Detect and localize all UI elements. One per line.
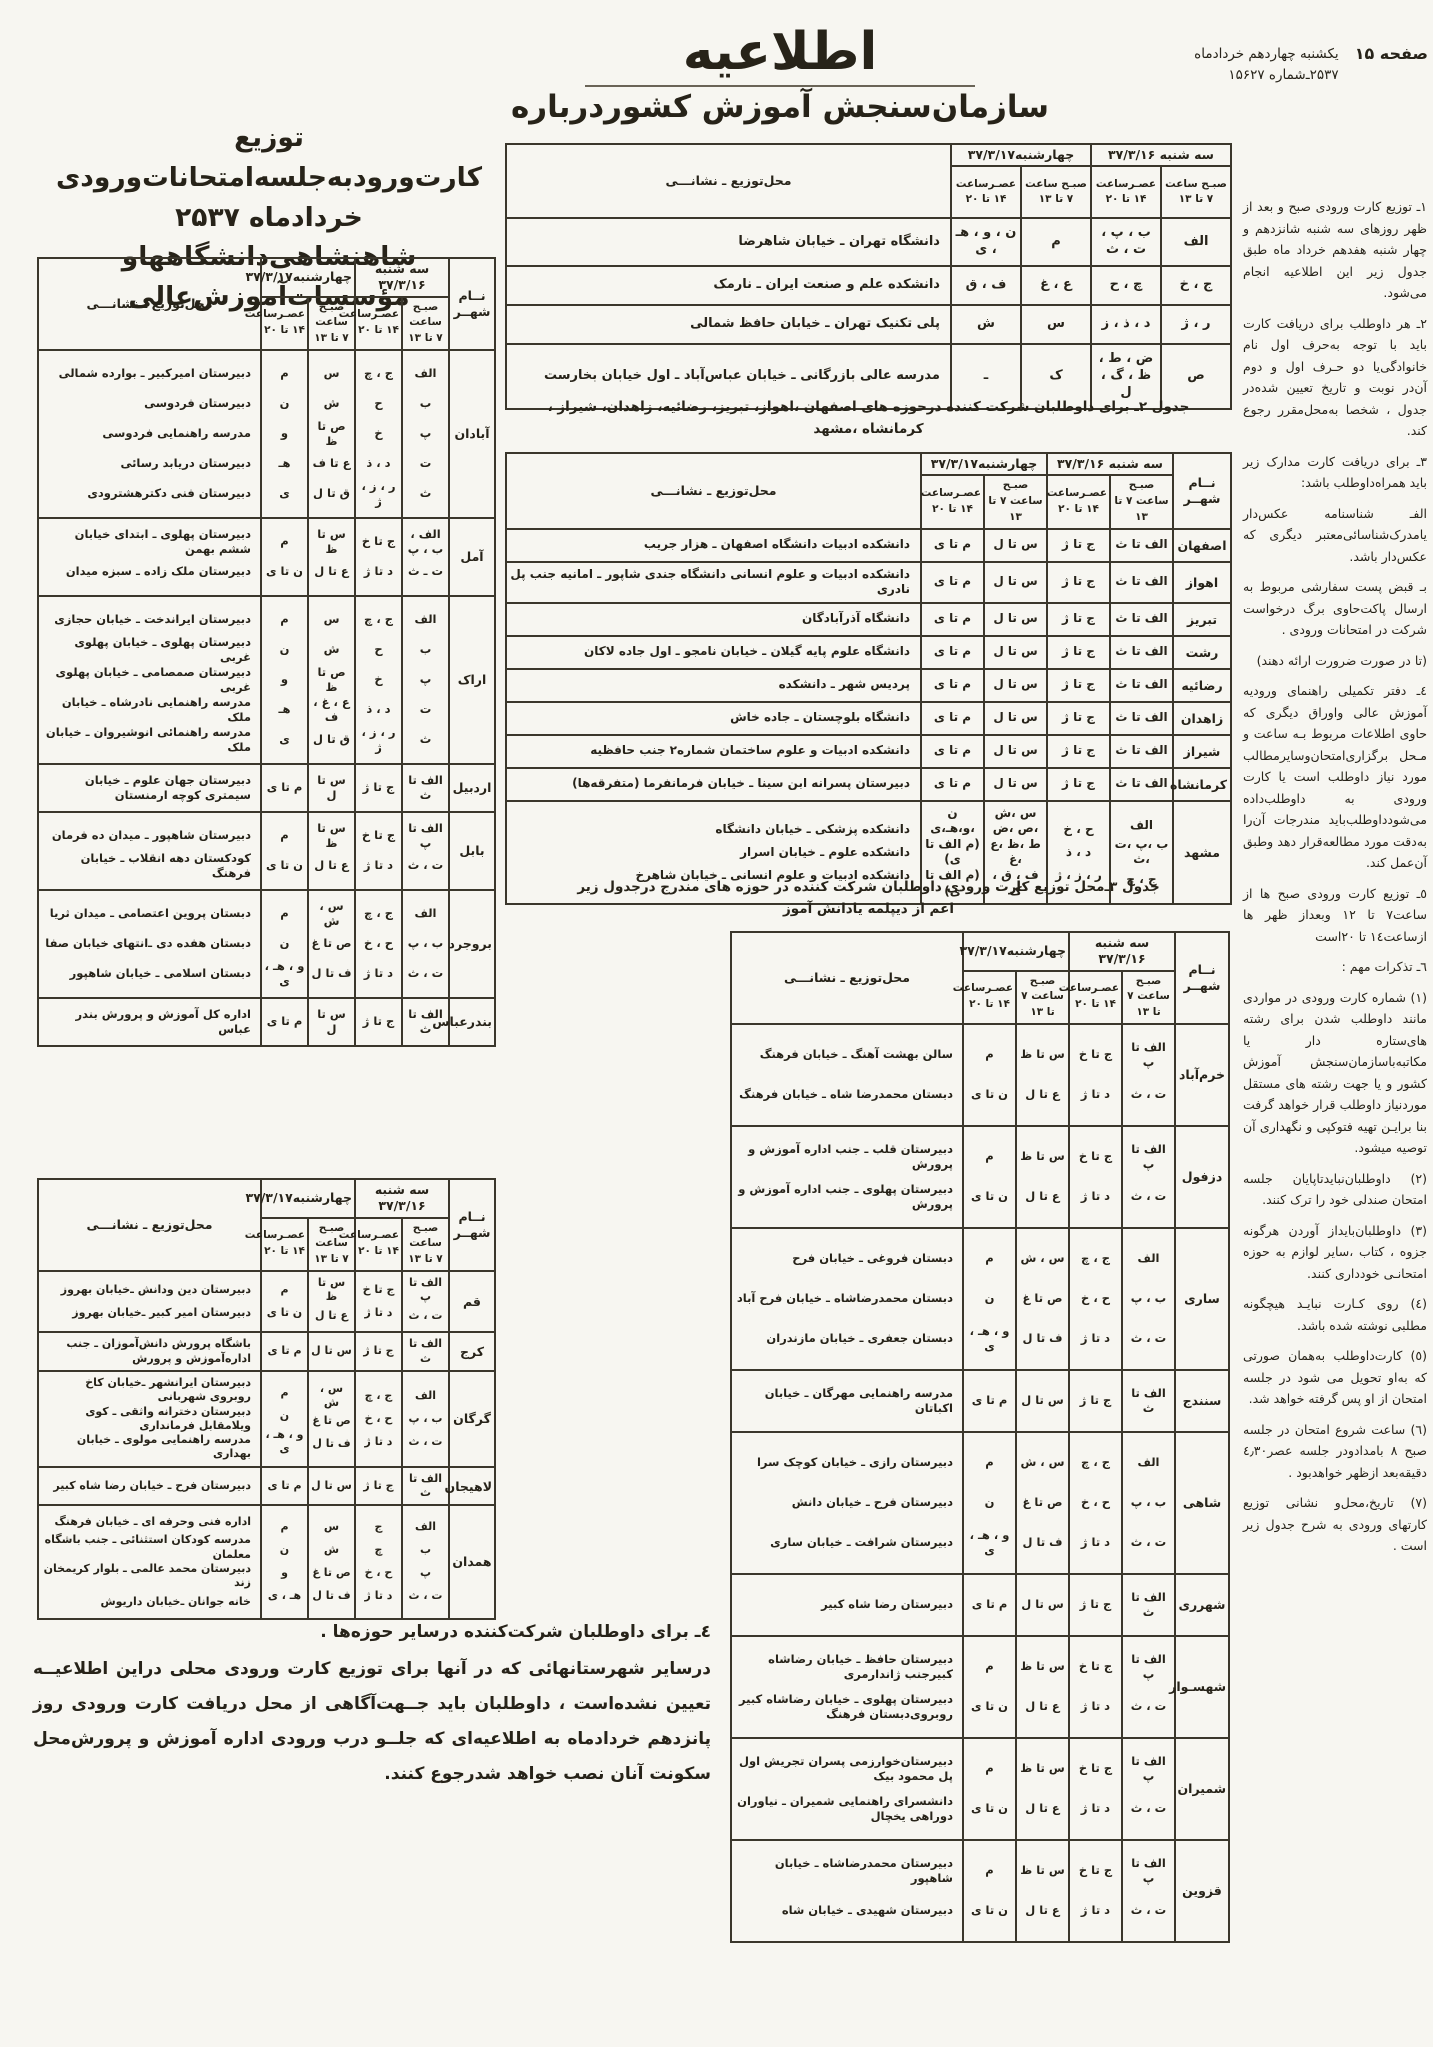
letters-cell: الف تا ث <box>1110 768 1173 801</box>
page-number: صفحه ۱۵ <box>1355 44 1428 63</box>
letters-cell: ف ، ق <box>951 266 1021 305</box>
location-line: دبیرستان رضا شاه کبیر <box>734 1585 960 1625</box>
letters-line: ن <box>966 1279 1013 1319</box>
table-row: گرگانالفب ، پت ، ثج ، چح ، خد تا ژس ، شص… <box>38 1371 495 1467</box>
letters-line: ن ،و،هـ،ی <box>925 806 980 837</box>
letters-line: الف تا ث <box>1114 641 1169 664</box>
table2-caption: جدول ۲ـ برای داوطلبان شرکت کننده درحوزه … <box>505 396 1232 441</box>
letters-line: ی <box>264 479 305 509</box>
page-info: صفحه ۱۵ یکشنبه چهاردهم خردادماه ۲۵۳۷ـ‌شم… <box>1128 44 1428 86</box>
letters-cell: الفبپتث <box>402 350 449 518</box>
time-header: عصـرساعت ۱۴ تا ۲۰ <box>261 1218 308 1271</box>
letters-line: و <box>264 665 305 695</box>
location-line: دانشکده علم و صنعت ایران ـ نارمک <box>510 273 947 298</box>
letters-cell: س تا ل <box>1016 1370 1069 1432</box>
letters-cell: الف تا پت ، ث <box>1122 1738 1175 1840</box>
letters-cell: س تا ل <box>984 702 1047 735</box>
letters-line: ب ، پ <box>1125 1279 1172 1319</box>
letters-line: ت ، ث <box>405 1304 446 1327</box>
table-row: زاهدانالف تا ثج تا ژس تا لم تا یدانشگاه … <box>506 702 1231 735</box>
letters-cell: س تا ل <box>308 764 355 812</box>
location-line: دبستان فروغی ـ خیابان فرح <box>734 1239 960 1279</box>
letters-line: ت ، ث <box>405 851 446 881</box>
location-line: دانشگاه آذرآبادگان <box>510 608 917 631</box>
table-row: آملالف ، ب ، پت ـ ثج تا خد تا ژس تا ظع ت… <box>38 518 495 596</box>
letters-line: الف تا ث <box>1114 674 1169 697</box>
letters-line: ن تا ی <box>966 1075 1013 1115</box>
letters-line: م <box>966 1035 1013 1075</box>
letters-cell: الف تا ث <box>1110 603 1173 636</box>
table-row: همدانالفبپت ، ثجچح ، خد تا ژسشص تا غف تا… <box>38 1505 495 1618</box>
location-line: دبیرستان فرح ـ خیابان رضا شاه کبیر <box>41 1475 258 1498</box>
wednesday-header: چهارشنبه۳۷/۳/۱۷ <box>951 144 1091 166</box>
letters-line: ج ، خ <box>1165 273 1227 298</box>
location-cell: سالن بهشت آهنگ ـ خیابان فرهنگدبستان محمد… <box>731 1024 963 1126</box>
letters-line: ن <box>264 1405 305 1428</box>
location-line: دبیرستان قلب ـ جنب اداره آموزش و پرورش <box>734 1137 960 1177</box>
table-row: لاهیجانالف تا ثج تا ژس تا لم تا یدبیرستا… <box>38 1467 495 1506</box>
location-cell: مدرسه راهنمایی مهرگان ـ خیابان اکباتان <box>731 1370 963 1432</box>
letters-line: و ، هـ ، ی <box>264 959 305 989</box>
letters-cell: ج تا ژ <box>1047 529 1110 562</box>
letters-cell: الفبپتث <box>402 596 449 764</box>
time-header: عصـرساعت ۱۴ تا ۲۰ <box>951 166 1021 218</box>
letters-line: ح ، خ <box>1072 1483 1119 1523</box>
letters-line: ع تا ل <box>1019 1789 1066 1829</box>
location-cell: دبیرستان ایراندخت ـ خیابان حجازیدبیرستان… <box>38 596 261 764</box>
location-cell: دبیرستان رازی ـ خیابان کوچک سرادبیرستان … <box>731 1432 963 1574</box>
location-cell: دانشگاه علوم پایه گیلان ـ خیابان نامجو ـ… <box>506 636 921 669</box>
letters-cell: س ، شص تا غف تا ل <box>308 890 355 998</box>
letters-line: الف <box>405 605 446 635</box>
letters-line: س تا ظ <box>1019 1749 1066 1789</box>
location-line: دبستان محمدرضاشاه ـ خیابان فرح آباد <box>734 1279 960 1319</box>
letters-line: ت ، ث <box>1125 1075 1172 1115</box>
letters-line: ف تا ل <box>1019 1523 1066 1563</box>
city-cell: رضائیه <box>1173 669 1231 702</box>
tuesday-header: سه شنبه ۳۷/۳/۱۶ <box>1069 932 1175 971</box>
table-row: شهرریالف تا ثج تا ژس تا لم تا یدبیرستان … <box>731 1574 1229 1636</box>
letters-line: د تا ژ <box>1072 1789 1119 1829</box>
letters-line: ج تا خ <box>1072 1749 1119 1789</box>
city-cell: اهواز <box>1173 562 1231 603</box>
letters-cell: الف تا ث <box>1122 1370 1175 1432</box>
location-line: پردیس شهر ـ دانشکده <box>510 674 917 697</box>
location-line: دبیرستان فردوسی <box>41 389 258 419</box>
letters-line: ک <box>1025 364 1087 389</box>
sidebar-paragraph: (٥) کارت‌داوطلب به‌همان صورتی که به‌او ت… <box>1243 1345 1427 1410</box>
letters-line: ج تا ژ <box>358 1007 399 1037</box>
letters-cell: ج تا خد تا ژ <box>355 1271 402 1333</box>
letters-line: ح ، خ <box>358 1562 399 1585</box>
letters-line: الف تا ث <box>1114 773 1169 796</box>
location-line: دبیرستان جهان علوم ـ خیابان سیمتری کوچه … <box>41 773 258 803</box>
city-column-header: نــام شهــر <box>449 1179 495 1271</box>
city-cell: دزفول <box>1175 1126 1229 1228</box>
letters-line: د ، ذ ، ز <box>1095 312 1157 337</box>
letters-line: م <box>966 1647 1013 1687</box>
letters-cell: الف تا ث <box>402 764 449 812</box>
letters-cell: س تا ظع تا ل <box>308 812 355 890</box>
letters-line: ق تا ل <box>311 725 352 755</box>
letters-line: و ، هـ ، ی <box>966 1319 1013 1359</box>
letters-line: ن <box>264 929 305 959</box>
letters-cell: ج ، چحخد ، ذر ، ز ، ژ <box>355 350 402 518</box>
letters-line: ج تا ژ <box>1051 641 1106 664</box>
letters-line: ج ، چ <box>358 359 399 389</box>
sidebar-paragraph: ۱ـ توزیع کارت ورودی صبح و بعد از ظهر روز… <box>1243 196 1427 304</box>
letters-line: س تا ل <box>311 1340 352 1363</box>
letters-line: س تا ظ <box>1019 1035 1066 1075</box>
location-line: اداره کل آموزش و پرورش بندر عباس <box>41 1007 258 1037</box>
letters-cell: ج ، خ <box>1161 266 1231 305</box>
letters-cell: ج تا ژ <box>1047 735 1110 768</box>
letters-line: م <box>1025 230 1087 255</box>
tuesday-header: سه شنبه ۳۷/۳/۱۶ <box>1047 453 1173 475</box>
letters-line: س <box>1025 312 1087 337</box>
table-row: ر ، ژد ، ذ ، زسشپلی تکنیک تهران ـ خیابان… <box>506 305 1231 344</box>
location-line: مدرسه راهنمایی مهرگان ـ خیابان اکباتان <box>734 1381 960 1421</box>
letters-line: د ، ذ <box>1051 841 1106 864</box>
letters-line: ن تا ی <box>966 1891 1013 1931</box>
footer-note-heading: ٤ـ برای داوطلبان شرکت‌کننده درسایر حوزه‌… <box>33 1622 711 1642</box>
letters-line: ن تا ی <box>966 1177 1013 1217</box>
city-cell: شاهی <box>1175 1432 1229 1574</box>
letters-line: ب ، پ <box>1125 1483 1172 1523</box>
letters-cell: سشص تا غف تا ل <box>308 1505 355 1618</box>
table-row: الفب ، پ ، ت ، ثمن ، و ، هـ ، یدانشگاه ت… <box>506 218 1231 266</box>
letters-cell: ج تا ژ <box>1047 636 1110 669</box>
table-row: کرجالف تا ثج تا ژس تا لم تا یباشگاه پرور… <box>38 1332 495 1371</box>
location-line: دانشسرای راهنمایی شمیران ـ نیاوران دوراه… <box>734 1789 960 1829</box>
letters-cell: س تا ل <box>984 562 1047 603</box>
letters-cell: الف تا پت ، ث <box>1122 1024 1175 1126</box>
letters-cell: ج تا خد تا ژ <box>1069 1636 1122 1738</box>
letters-cell: ج تا خد تا ژ <box>355 518 402 596</box>
letters-line: ر ، ز ، ژ <box>358 725 399 755</box>
letters-line: الف تا ث <box>405 1472 446 1501</box>
letters-cell: س تا ظع تا ل <box>1016 1840 1069 1942</box>
letters-line: ن ، و ، هـ ، ی <box>955 225 1017 259</box>
letters-line: ن <box>264 1539 305 1562</box>
letters-line: س تا ل <box>988 740 1043 763</box>
letters-cell: م تا ی <box>963 1574 1016 1636</box>
location-line: دبیرستان پهلوی ـ جنب اداره آموزش و پرورش <box>734 1177 960 1217</box>
letters-line: س تا ل <box>988 773 1043 796</box>
sidebar-paragraph: (۲) داوطلبان‌نباید‌تاپایان جلسه امتحان ص… <box>1243 1168 1427 1211</box>
location-line: مدرسه راهنمایی فردوسی <box>41 419 258 449</box>
city-cell: آبادان <box>449 350 495 518</box>
tehran-distribution-table: سه شنبه ۳۷/۳/۱۶چهارشنبه۳۷/۳/۱۷محل‌توزیع … <box>505 143 1232 410</box>
location-cell: پردیس شهر ـ دانشکده <box>506 669 921 702</box>
time-header: صبـح ساعت ۷ تا ۱۳ <box>402 297 449 350</box>
letters-line: س تا ل <box>988 641 1043 664</box>
table-row: رشتالف تا ثج تا ژس تا لم تا یدانشگاه علو… <box>506 636 1231 669</box>
table-row: بروجردالفب ، پت ، ثج ، چح ، خد تا ژس ، ش… <box>38 890 495 998</box>
letters-cell: ج تا خد تا ژ <box>1069 1840 1122 1942</box>
letters-cell: ب ، پ ، ت ، ث <box>1091 218 1161 266</box>
location-line: دبیرستان شاهپور ـ میدان ده فرمان <box>41 821 258 851</box>
letters-line: ص تا ظ <box>311 665 352 695</box>
letters-line: الف <box>405 1384 446 1407</box>
time-header: عصـرساعت ۱۴ تا ۲۰ <box>1047 475 1110 528</box>
letters-cell: من تا ی <box>261 1271 308 1333</box>
letters-line: الف تا ث <box>405 773 446 803</box>
letters-line: ب ،پ ،ت ،ث <box>1114 837 1169 868</box>
letters-cell: سشص تا ظع ، غ ، فق تا ل <box>308 596 355 764</box>
letters-line: ب ، پ <box>405 1407 446 1430</box>
table-row: اردبیلالف تا ثج تا ژس تا لم تا یدبیرستان… <box>38 764 495 812</box>
letters-cell: س تا ل <box>1016 1574 1069 1636</box>
sidebar-instructions: ۱ـ توزیع کارت ورودی صبح و بعد از ظهر روز… <box>1243 196 1427 1566</box>
letters-line: الف <box>1125 1239 1172 1279</box>
location-cell: دبیرستان قلب ـ جنب اداره آموزش و پرورشدب… <box>731 1126 963 1228</box>
location-cell: باشگاه پرورش دانش‌آموزان ـ جنب اداره‌آمو… <box>38 1332 261 1371</box>
letters-line: و <box>264 419 305 449</box>
wednesday-header: چهارشنبه۳۷/۳/۱۷ <box>261 258 355 297</box>
location-line: دبیرستان فنی دکترهشترودی <box>41 479 258 509</box>
sidebar-paragraph: (۳) داوطلبان‌بایداز آوردن هرگونه جزوه ، … <box>1243 1220 1427 1285</box>
letters-line: پ <box>405 1562 446 1585</box>
location-cell: دبیرستان پهلوی ـ ابتدای خیابان ششم بهمند… <box>38 518 261 596</box>
city-cell: آمل <box>449 518 495 596</box>
location-cell: دبستان پروین اعتصامی ـ میدان ثریادبستان … <box>38 890 261 998</box>
table-row: شمیرانالف تا پت ، ثج تا خد تا ژس تا ظع ت… <box>731 1738 1229 1840</box>
letters-line: س تا ل <box>311 773 352 803</box>
letters-line: ج ، چ <box>358 605 399 635</box>
letters-line: س تا ظ <box>311 527 352 557</box>
letters-line: هـ ، ی <box>264 1585 305 1608</box>
table-row: شاهیالفب ، پت ، ثج ، چح ، خد تا ژس ، شص … <box>731 1432 1229 1574</box>
tuesday-header: سه شنبه ۳۷/۳/۱۶ <box>355 258 449 297</box>
letters-line: ف تا ل <box>311 1433 352 1456</box>
letters-line: د ، ذ <box>358 449 399 479</box>
letters-line: ج ، چ <box>1072 1443 1119 1483</box>
letters-line: ح ، خ <box>1051 818 1106 841</box>
location-line: مدرسه کودکان استثنائی ـ جنب باشگاه معلما… <box>41 1533 258 1562</box>
location-line: باشگاه پرورش دانش‌آموزان ـ جنب اداره‌آمو… <box>41 1337 258 1366</box>
letters-line: الف تا پ <box>1125 1137 1172 1177</box>
city-cell: شیراز <box>1173 735 1231 768</box>
letters-line: م تا ی <box>264 773 305 803</box>
letters-line: ت ، ث <box>405 1430 446 1453</box>
city-cell: بندرعباس <box>449 998 495 1046</box>
letters-line: ت ، ث <box>1125 1319 1172 1359</box>
letters-cell: الف تا ث <box>1110 702 1173 735</box>
sidebar-paragraph: (تا در صورت ضرورت ارائه دهند) <box>1243 650 1427 672</box>
letters-cell: ج ، چح ، خد تا ژ <box>355 890 402 998</box>
city-cell: بابل <box>449 812 495 890</box>
letters-line: ب ، پ ، ت ، ث <box>1095 225 1157 259</box>
letters-line: ر ، ژ <box>1165 312 1227 337</box>
letters-cell: م تا ی <box>921 669 984 702</box>
city-cell: زاهدان <box>1173 702 1231 735</box>
letters-line: ف تا ل <box>1019 1319 1066 1359</box>
letters-line: ج تا ژ <box>358 1340 399 1363</box>
letters-cell: الفب ، پت ، ث <box>402 1371 449 1467</box>
letters-line: س تا ظ <box>1019 1647 1066 1687</box>
letters-line: م تا ی <box>264 1475 305 1498</box>
table-row: دزفولالف تا پت ، ثج تا خد تا ژس تا ظع تا… <box>731 1126 1229 1228</box>
letters-cell: د ، ذ ، ز <box>1091 305 1161 344</box>
letters-cell: م تا ی <box>921 702 984 735</box>
letters-line: ص تا غ <box>311 929 352 959</box>
letters-cell: منو ، هـ ، ی <box>261 890 308 998</box>
letters-line: س ، ش <box>1019 1443 1066 1483</box>
city-cell: رشت <box>1173 636 1231 669</box>
letters-line: م تا ی <box>925 674 980 697</box>
location-line: دبیرستان دریابد رسائی <box>41 449 258 479</box>
letters-line: د تا ژ <box>358 851 399 881</box>
city-cell: همدان <box>449 1505 495 1618</box>
letters-line: ت ، ث <box>405 959 446 989</box>
letters-line: س تا ل <box>1019 1585 1066 1625</box>
time-header: صبـح ساعت ۷ تا ۱۳ <box>402 1218 449 1271</box>
caption-line: جدول ۲ـ برای داوطلبان شرکت کننده درحوزه … <box>505 396 1232 418</box>
tuesday-header: سه شنبه ۳۷/۳/۱۶ <box>1091 144 1231 166</box>
location-line: خانه جوانان ـ‌خیابان داریوش <box>41 1591 258 1614</box>
location-line: دانشکده علوم ـ خیابان اسرار <box>510 841 917 864</box>
location-line: دبستان هفده دی ـ‌انتهای خیابان صفا <box>41 929 258 959</box>
letters-cell: الف تا پت ، ث <box>1122 1126 1175 1228</box>
letters-line: ج ، چ <box>358 899 399 929</box>
city-cell: سنندج <box>1175 1370 1229 1432</box>
letters-cell: ج تا ژ <box>1047 702 1110 735</box>
letters-line: الف تا ث <box>1114 571 1169 594</box>
letters-line: د ، ذ <box>358 695 399 725</box>
location-line: دبیرستان صمصامی ـ خیابان پهلوی غربی <box>41 665 258 695</box>
letters-line: م <box>966 1443 1013 1483</box>
letters-cell: الف تا ث <box>1110 735 1173 768</box>
city-cell: گرگان <box>449 1371 495 1467</box>
location-cell: اداره کل آموزش و پرورش بندر عباس <box>38 998 261 1046</box>
time-header: عصـرساعت ۱۴ تا ۲۰ <box>963 971 1016 1024</box>
city-cell: قم <box>449 1271 495 1333</box>
letters-line: چ ، ح <box>1095 273 1157 298</box>
letters-cell: ع ، غ <box>1021 266 1091 305</box>
letters-line: م تا ی <box>925 571 980 594</box>
letters-cell: الف تا ث <box>1110 529 1173 562</box>
letters-line: ج تا ژ <box>1051 773 1106 796</box>
letters-line: س تا ل <box>988 608 1043 631</box>
location-line: سالن بهشت آهنگ ـ خیابان فرهنگ <box>734 1035 960 1075</box>
schedule-table: نــام شهــرسه شنبه ۳۷/۳/۱۶چهارشنبه۳۷/۳/۱… <box>505 452 1232 905</box>
location-cell: دبیرستان امیرکبیر ـ بوارده شمالیدبیرستان… <box>38 350 261 518</box>
table2-distribution-table: نــام شهــرسه شنبه ۳۷/۳/۱۶چهارشنبه۳۷/۳/۱… <box>505 452 1232 905</box>
letters-line: خ <box>358 665 399 695</box>
letters-line: ح <box>358 635 399 665</box>
letters-line: ج ، چ <box>358 1384 399 1407</box>
time-header: صبـح ساعت ۷ تا ۱۳ <box>1110 475 1173 528</box>
time-header: صبـح ساعت ۷ تا ۱۳ <box>1021 166 1091 218</box>
letters-cell: م تا ی <box>261 998 308 1046</box>
letters-cell: الف تا ث <box>402 1332 449 1371</box>
letters-line: الف تا ث <box>1125 1585 1172 1625</box>
table-row: اراکالفبپتثج ، چحخد ، ذر ، ز ، ژسشص تا ظ… <box>38 596 495 764</box>
letters-line: ص تا غ <box>311 1410 352 1433</box>
letters-line: ص <box>1165 364 1227 389</box>
location-line: کودکستان دهه انقلاب ـ خیابان فرهنگ <box>41 851 258 881</box>
location-line: دبستان جعفری ـ خیابان مازندران <box>734 1319 960 1359</box>
city-cell: خرم‌آباد <box>1175 1024 1229 1126</box>
letters-line: م <box>264 1516 305 1539</box>
letters-cell: م <box>1021 218 1091 266</box>
wednesday-header: چهارشنبه۳۷/۳/۱۷ <box>921 453 1047 475</box>
letters-line: ت ، ث <box>1125 1891 1172 1931</box>
letters-line: الف تا پ <box>1125 1749 1172 1789</box>
letters-line: ش <box>955 312 1017 337</box>
location-cell: دانشگاه تهران ـ خیابان شاهرضا <box>506 218 951 266</box>
sidebar-paragraph: بـ قبض پست سفارشی مربوط به ارسال پاکت‌حا… <box>1243 576 1427 641</box>
letters-cell: الف تا ث <box>1110 562 1173 603</box>
city-cell: کرمانشاه <box>1173 768 1231 801</box>
letters-line: ت ، ث <box>1125 1687 1172 1727</box>
letters-cell: الف ، ب ، پت ـ ث <box>402 518 449 596</box>
letters-line: ع تا ل <box>1019 1177 1066 1217</box>
letters-line: الف ، ب ، پ <box>405 527 446 557</box>
wednesday-header: چهارشنبه۳۷/۳/۱۷ <box>963 932 1069 971</box>
letters-line: الف تا ث <box>1114 707 1169 730</box>
letters-line: ـ <box>955 364 1017 389</box>
letters-line: ش <box>311 389 352 419</box>
letters-line: م <box>264 605 305 635</box>
city-column-header: نــام شهــر <box>1173 453 1231 529</box>
letters-line: س ، ش <box>1019 1239 1066 1279</box>
letters-cell: ش <box>951 305 1021 344</box>
city-cell: اردبیل <box>449 764 495 812</box>
letters-cell: س تا ل <box>984 603 1047 636</box>
letters-cell: ن ، و ، هـ ، ی <box>951 218 1021 266</box>
letters-line: ح <box>358 389 399 419</box>
sidebar-paragraph: ٦ـ تذکرات مهم : <box>1243 956 1427 978</box>
letters-line: و <box>264 1562 305 1585</box>
time-header: عصـرساعت ۱۴ تا ۲۰ <box>1091 166 1161 218</box>
city-cell: لاهیجان <box>449 1467 495 1506</box>
letters-line: الف تا ث <box>1125 1381 1172 1421</box>
letters-cell: ج تا خد تا ژ <box>1069 1738 1122 1840</box>
letters-line: هـ <box>264 695 305 725</box>
letters-line: الف تا ث <box>1114 740 1169 763</box>
location-cell: دانشکده علم و صنعت ایران ـ نارمک <box>506 266 951 305</box>
letters-line: م تا ی <box>925 740 980 763</box>
letters-line: ث <box>405 725 446 755</box>
city-cell: ساری <box>1175 1228 1229 1370</box>
time-header: عصـرساعت ۱۴ تا ۲۰ <box>261 297 308 350</box>
city-cell: شهسـوار <box>1175 1636 1229 1738</box>
letters-line: س تا ل <box>311 1007 352 1037</box>
letters-line: ن <box>264 389 305 419</box>
letters-line: م <box>264 359 305 389</box>
letters-cell: الفب ، پت ، ث <box>1122 1228 1175 1370</box>
table-row: تبریزالف تا ثج تا ژس تا لم تا یدانشگاه آ… <box>506 603 1231 636</box>
letters-line: م تا ی <box>925 534 980 557</box>
city-cell: تبریز <box>1173 603 1231 636</box>
time-header: صبـح ساعت ۷ تا ۱۳ <box>1016 971 1069 1024</box>
letters-line: د تا ژ <box>358 1585 399 1608</box>
letters-cell: س تا ل <box>308 1467 355 1506</box>
schedule-table: نــام شهــرسه شنبه ۳۷/۳/۱۶چهارشنبه۳۷/۳/۱… <box>37 1178 496 1620</box>
location-cell: دبیرستان حافظ ـ خیابان رضاشاه کبیرجنب ژا… <box>731 1636 963 1738</box>
letters-cell: الفب ، پت ، ث <box>1122 1432 1175 1574</box>
letters-line: و ، هـ ، ی <box>966 1523 1013 1563</box>
location-cell: دانشگاه آذرآبادگان <box>506 603 921 636</box>
letters-cell: من تا ی <box>261 812 308 890</box>
letters-line: ع تا ل <box>311 1304 352 1327</box>
letters-line: د تا ژ <box>358 1430 399 1453</box>
letters-line: الف تا پ <box>1125 1647 1172 1687</box>
letters-cell: ج تا ژ <box>1047 768 1110 801</box>
table-row: بندرعباسالف تا ثج تا ژس تا لم تا یاداره … <box>38 998 495 1046</box>
